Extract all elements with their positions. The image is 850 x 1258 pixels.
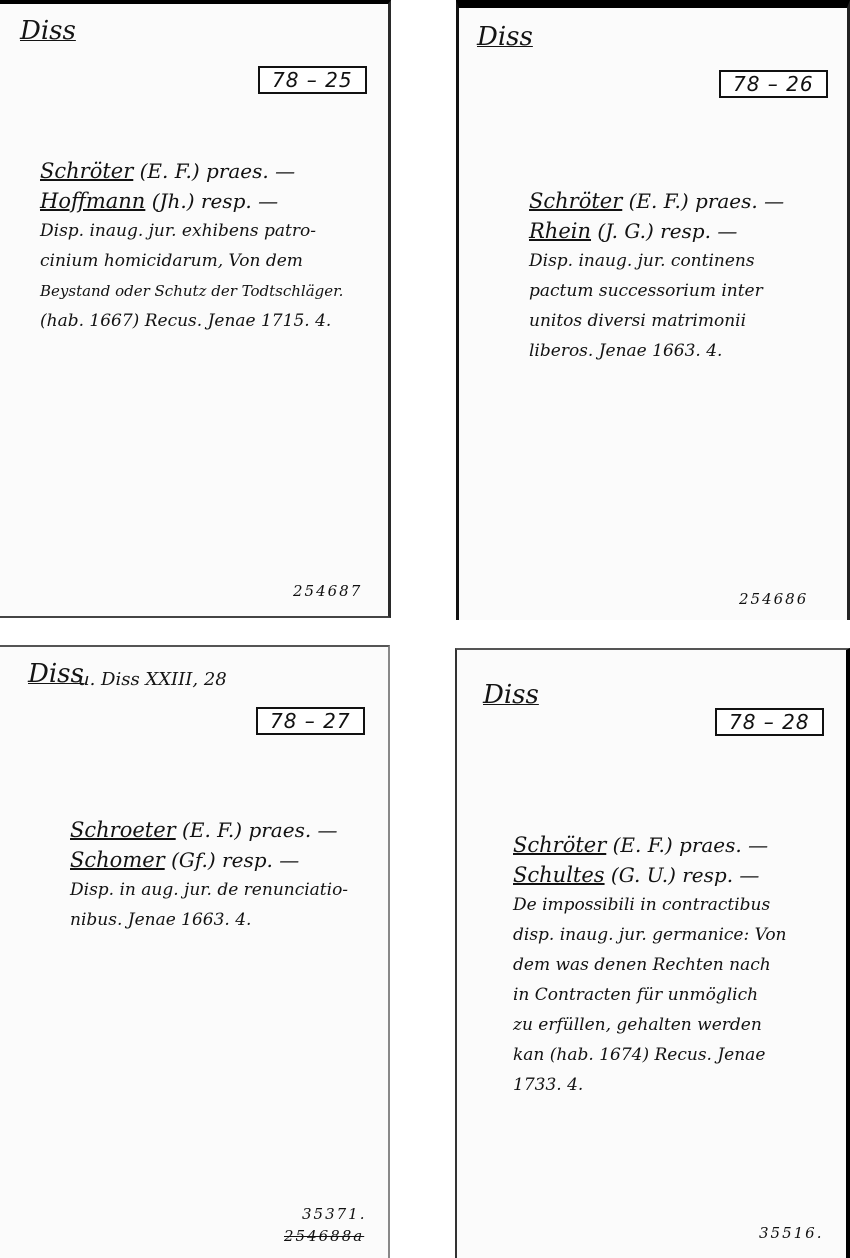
praeses-name: Schröter (513, 833, 606, 857)
praeses-initials: (E. F.) praes. — (629, 189, 785, 213)
catalog-card-78-26: Diss 78 – 26 Schröter (E. F.) praes. — R… (456, 0, 850, 620)
entry-line: cinium homicidarum, Von dem (40, 246, 343, 276)
accession-number: 35516. (759, 1224, 824, 1242)
catalog-card-78-27: Diss u. Diss XXIII, 28 78 – 27 Schroeter… (0, 645, 390, 1258)
diss-mark: Diss (477, 22, 533, 52)
entry-line: dem was denen Rechten nach (513, 950, 787, 980)
entry-line: in Contracten für unmöglich (513, 980, 787, 1010)
shelfmark-label: 78 – 26 (719, 70, 828, 98)
entry-line: De impossibili in contractibus (513, 890, 787, 920)
shelfmark-label: 78 – 28 (715, 708, 824, 736)
respondent-name: Hoffmann (40, 189, 145, 213)
respondent-initials: (Gf.) resp. — (171, 848, 299, 872)
entry-line: Disp. inaug. jur. continens (529, 246, 784, 276)
diss-mark: Diss (483, 680, 539, 710)
praeses-initials: (E. F.) praes. — (140, 159, 296, 183)
shelfmark-label: 78 – 25 (258, 66, 367, 94)
entry-line: liberos. Jenae 1663. 4. (529, 336, 784, 366)
accession-number: 254687 (293, 582, 362, 600)
card-entry: Schröter (E. F.) praes. — Schultes (G. U… (513, 830, 787, 1100)
respondent-name: Rhein (529, 219, 591, 243)
entry-line: 1733. 4. (513, 1070, 787, 1100)
respondent-name: Schultes (513, 863, 605, 887)
shelfmark-label: 78 – 27 (256, 707, 365, 735)
respondent-initials: (J. G.) resp. — (597, 219, 737, 243)
entry-line: nibus. Jenae 1663. 4. (70, 905, 348, 935)
accession-number: 35371. (302, 1205, 367, 1223)
respondent-initials: (G. U.) resp. — (611, 863, 760, 887)
praeses-initials: (E. F.) praes. — (182, 818, 338, 842)
diss-mark: Diss (20, 16, 76, 46)
diss-mark: Diss (28, 659, 84, 689)
praeses-name: Schroeter (70, 818, 176, 842)
praeses-name: Schröter (529, 189, 622, 213)
card-entry: Schröter (E. F.) praes. — Rhein (J. G.) … (529, 186, 784, 366)
entry-line: unitos diversi matrimonii (529, 306, 784, 336)
entry-line: kan (hab. 1674) Recus. Jenae (513, 1040, 787, 1070)
accession-number: 254686 (739, 590, 808, 608)
entry-line: (hab. 1667) Recus. Jenae 1715. 4. (40, 306, 343, 336)
card-entry: Schröter (E. F.) praes. — Hoffmann (Jh.)… (40, 156, 343, 336)
catalog-card-78-28: Diss 78 – 28 Schröter (E. F.) praes. — S… (455, 648, 850, 1258)
diss-cross-reference: u. Diss XXIII, 28 (78, 669, 227, 690)
card-entry: Schroeter (E. F.) praes. — Schomer (Gf.)… (70, 815, 348, 935)
praeses-initials: (E. F.) praes. — (613, 833, 769, 857)
respondent-initials: (Jh.) resp. — (152, 189, 278, 213)
respondent-name: Schomer (70, 848, 165, 872)
accession-number-struck: 254688a (284, 1227, 364, 1245)
entry-line: zu erfüllen, gehalten werden (513, 1010, 787, 1040)
entry-line: disp. inaug. jur. germanice: Von (513, 920, 787, 950)
entry-line: pactum successorium inter (529, 276, 784, 306)
catalog-card-78-25: Diss 78 – 25 Schröter (E. F.) praes. — H… (0, 0, 391, 618)
entry-line: Disp. in aug. jur. de renunciatio- (70, 875, 348, 905)
praeses-name: Schröter (40, 159, 133, 183)
entry-line: Disp. inaug. jur. exhibens patro- (40, 216, 343, 246)
entry-line: Beystand oder Schutz der Todtschläger. (40, 276, 343, 306)
